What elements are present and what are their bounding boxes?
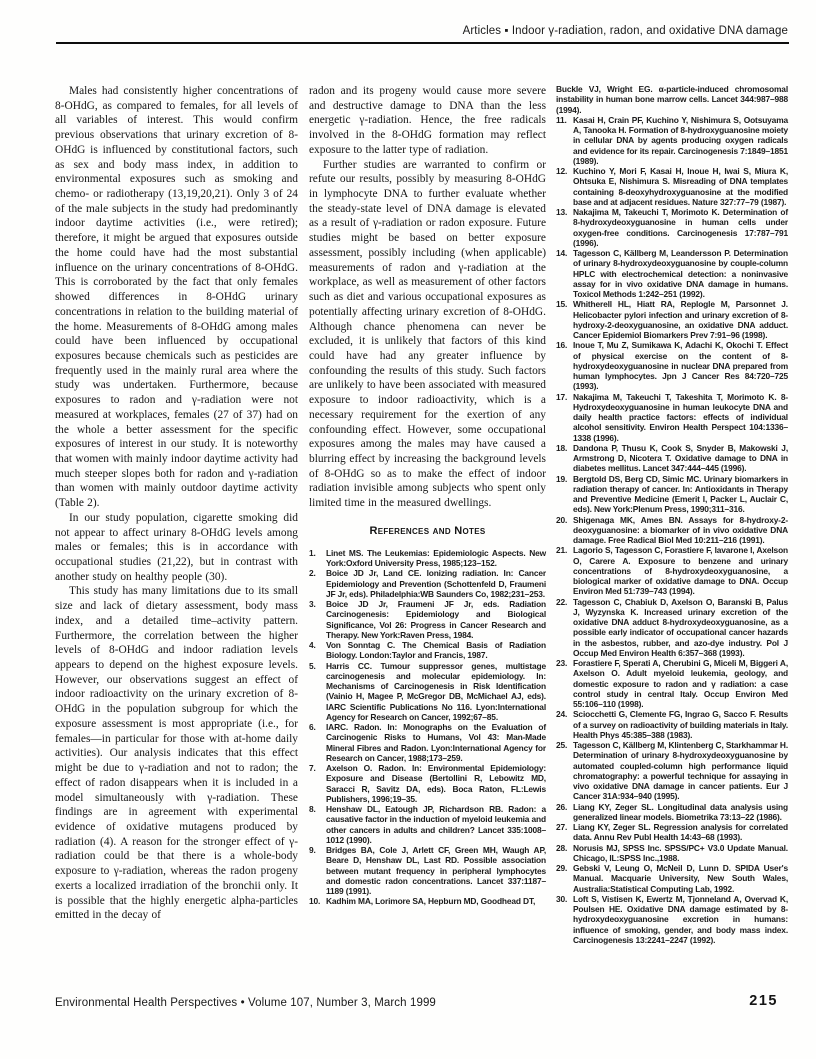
reference-text: Liang KY, Zeger SL. Longitudinal data an…	[573, 802, 788, 822]
reference-item: 6.IARC. Radon. In: Monographs on the Eva…	[309, 722, 546, 763]
reference-number: 17.	[556, 392, 567, 402]
header-rule	[56, 42, 789, 44]
reference-number: 18.	[556, 443, 567, 453]
reference-text: Kadhim MA, Lorimore SA, Hepburn MD, Good…	[326, 896, 535, 906]
reference-item: 16.Inoue T, Mu Z, Sumikawa K, Adachi K, …	[556, 340, 788, 391]
reference-number: 22.	[556, 597, 567, 607]
reference-text: Gebski V, Leung O, McNeil D, Lunn D. SPI…	[573, 863, 788, 894]
reference-text: Lagorio S, Tagesson C, Forastiere F, Iav…	[573, 545, 788, 596]
reference-number: 24.	[556, 709, 567, 719]
reference-text: Tagesson C, Chabiuk D, Axelson O, Barans…	[573, 597, 788, 658]
reference-text: Tagesson C, Källberg M, Klintenberg C, S…	[573, 740, 788, 801]
journal-page: Articles ▪ Indoor γ-radiation, radon, an…	[0, 0, 816, 1059]
reference-item: 23.Forastiere F, Sperati A, Cherubini G,…	[556, 658, 788, 709]
reference-number: 25.	[556, 740, 567, 750]
body-paragraph: Further studies are warranted to confirm…	[309, 158, 546, 511]
reference-item: 20.Shigenaga MK, Ames BN. Assays for 8-h…	[556, 515, 788, 546]
reference-text: Liang KY, Zeger SL. Regression analysis …	[573, 822, 788, 842]
reference-item: 15.Whitherell HL, Hiatt RA, Replogle M, …	[556, 299, 788, 340]
reference-number: 19.	[556, 474, 567, 484]
reference-text: Linet MS. The Leukemias: Epidemiologic A…	[326, 548, 546, 568]
reference-continuation: Buckle VJ, Wright EG. α-particle-induced…	[556, 84, 788, 115]
reference-text: Harris CC. Tumour suppressor genes, mult…	[326, 661, 546, 722]
reference-item: 5.Harris CC. Tumour suppressor genes, mu…	[309, 661, 546, 723]
reference-item: 17.Nakajima M, Takeuchi T, Takeshita T, …	[556, 392, 788, 443]
reference-item: 12.Kuchino Y, Mori F, Kasai H, Inoue H, …	[556, 166, 788, 207]
page-number: 215	[749, 993, 778, 1009]
reference-item: 13.Nakajima M, Takeuchi T, Morimoto K. D…	[556, 207, 788, 248]
reference-text: Axelson O. Radon. In: Environmental Epid…	[326, 763, 546, 804]
reference-number: 27.	[556, 822, 567, 832]
reference-item: 29.Gebski V, Leung O, McNeil D, Lunn D. …	[556, 863, 788, 894]
reference-item: 21.Lagorio S, Tagesson C, Forastiere F, …	[556, 545, 788, 596]
reference-text: Loft S, Vistisen K, Ewertz M, Tjonneland…	[573, 894, 788, 945]
reference-text: Kuchino Y, Mori F, Kasai H, Inoue H, Iwa…	[573, 166, 788, 207]
reference-number: 26.	[556, 802, 567, 812]
reference-text: Nakajima M, Takeuchi T, Morimoto K. Dete…	[573, 207, 788, 248]
reference-number: 10.	[309, 896, 320, 906]
reference-item: 14.Tagesson C, Källberg M, Leandersson P…	[556, 248, 788, 299]
reference-item: 27.Liang KY, Zeger SL. Regression analys…	[556, 822, 788, 843]
reference-item: 26.Liang KY, Zeger SL. Longitudinal data…	[556, 802, 788, 823]
reference-number: 21.	[556, 545, 567, 555]
reference-number: 2.	[309, 568, 316, 578]
reference-item: 8.Henshaw DL, Eatough JP, Richardson RB.…	[309, 804, 546, 845]
reference-number: 9.	[309, 845, 316, 855]
body-paragraph: radon and its progeny would cause more s…	[309, 84, 546, 158]
reference-text: Norusis MJ, SPSS Inc. SPSS/PC+ V3.0 Upda…	[573, 843, 788, 863]
reference-item: 19.Bergtold DS, Berg CD, Simic MC. Urina…	[556, 474, 788, 515]
reference-number: 8.	[309, 804, 316, 814]
reference-text: Whitherell HL, Hiatt RA, Replogle M, Par…	[573, 299, 788, 340]
reference-number: 30.	[556, 894, 567, 904]
reference-item: 28.Norusis MJ, SPSS Inc. SPSS/PC+ V3.0 U…	[556, 843, 788, 864]
body-paragraph: This study has many limitations due to i…	[55, 584, 298, 923]
reference-number: 23.	[556, 658, 567, 668]
reference-item: 24.Sciocchetti G, Clemente FG, Ingrao G,…	[556, 709, 788, 740]
running-header: Articles ▪ Indoor γ-radiation, radon, an…	[55, 25, 788, 37]
reference-text: IARC. Radon. In: Monographs on the Evalu…	[326, 722, 546, 763]
middle-column: radon and its progeny would cause more s…	[309, 84, 546, 907]
reference-number: 16.	[556, 340, 567, 350]
reference-number: 12.	[556, 166, 567, 176]
page-footer: Environmental Health Perspectives • Volu…	[55, 993, 788, 1009]
reference-item: 2.Boice JD Jr, Land CE. Ionizing radiati…	[309, 568, 546, 599]
reference-text: Bridges BA, Cole J, Arlett CF, Green MH,…	[326, 845, 546, 896]
reference-item: 22.Tagesson C, Chabiuk D, Axelson O, Bar…	[556, 597, 788, 659]
left-column: Males had consistently higher concentrat…	[55, 84, 298, 923]
reference-number: 28.	[556, 843, 567, 853]
reference-number: 20.	[556, 515, 567, 525]
reference-item: 9.Bridges BA, Cole J, Arlett CF, Green M…	[309, 845, 546, 896]
reference-item: 18.Dandona P, Thusu K, Cook S, Snyder B,…	[556, 443, 788, 474]
reference-number: 6.	[309, 722, 316, 732]
reference-text: Kasai H, Crain PF, Kuchino Y, Nishimura …	[573, 115, 788, 166]
reference-text: Tagesson C, Källberg M, Leandersson P. D…	[573, 248, 788, 299]
right-column: Buckle VJ, Wright EG. α-particle-induced…	[556, 84, 788, 945]
reference-text: Nakajima M, Takeuchi T, Takeshita T, Mor…	[573, 392, 788, 443]
reference-item: 25.Tagesson C, Källberg M, Klintenberg C…	[556, 740, 788, 802]
reference-number: 7.	[309, 763, 316, 773]
reference-number: 29.	[556, 863, 567, 873]
reference-item: 4.Von Sonntag C. The Chemical Basis of R…	[309, 640, 546, 661]
reference-item: 3.Boice JD Jr, Fraumeni JF Jr, eds. Radi…	[309, 599, 546, 640]
middle-body: radon and its progeny would cause more s…	[309, 84, 546, 511]
reference-text: Inoue T, Mu Z, Sumikawa K, Adachi K, Oko…	[573, 340, 788, 391]
reference-item: 30.Loft S, Vistisen K, Ewertz M, Tjonnel…	[556, 894, 788, 945]
reference-text: Henshaw DL, Eatough JP, Richardson RB. R…	[326, 804, 546, 845]
reference-item: 11.Kasai H, Crain PF, Kuchino Y, Nishimu…	[556, 115, 788, 166]
references-list: 1.Linet MS. The Leukemias: Epidemiologic…	[309, 548, 546, 907]
reference-number: 1.	[309, 548, 316, 558]
body-paragraph: In our study population, cigarette smoki…	[55, 511, 298, 585]
reference-number: 3.	[309, 599, 316, 609]
reference-item: 10.Kadhim MA, Lorimore SA, Hepburn MD, G…	[309, 896, 546, 906]
reference-text: Shigenaga MK, Ames BN. Assays for 8-hydr…	[573, 515, 788, 546]
reference-text: Boice JD Jr, Fraumeni JF Jr, eds. Radiat…	[326, 599, 546, 640]
reference-number: 15.	[556, 299, 567, 309]
reference-number: 11.	[556, 115, 567, 125]
reference-item: 1.Linet MS. The Leukemias: Epidemiologic…	[309, 548, 546, 569]
reference-text: Von Sonntag C. The Chemical Basis of Rad…	[326, 640, 546, 660]
reference-text: Bergtold DS, Berg CD, Simic MC. Urinary …	[573, 474, 788, 515]
reference-item: 7.Axelson O. Radon. In: Environmental Ep…	[309, 763, 546, 804]
reference-text: Forastiere F, Sperati A, Cherubini G, Mi…	[573, 658, 788, 709]
reference-number: 14.	[556, 248, 567, 258]
reference-number: 4.	[309, 640, 316, 650]
reference-number: 13.	[556, 207, 567, 217]
journal-citation: Environmental Health Perspectives • Volu…	[55, 997, 436, 1009]
references-heading: References and Notes	[309, 525, 546, 537]
reference-text: Boice JD Jr, Land CE. Ionizing radiation…	[326, 568, 546, 599]
reference-text: Dandona P, Thusu K, Cook S, Snyder B, Ma…	[573, 443, 788, 474]
body-paragraph: Males had consistently higher concentrat…	[55, 84, 298, 511]
reference-number: 5.	[309, 661, 316, 671]
reference-text: Sciocchetti G, Clemente FG, Ingrao G, Sa…	[573, 709, 788, 740]
